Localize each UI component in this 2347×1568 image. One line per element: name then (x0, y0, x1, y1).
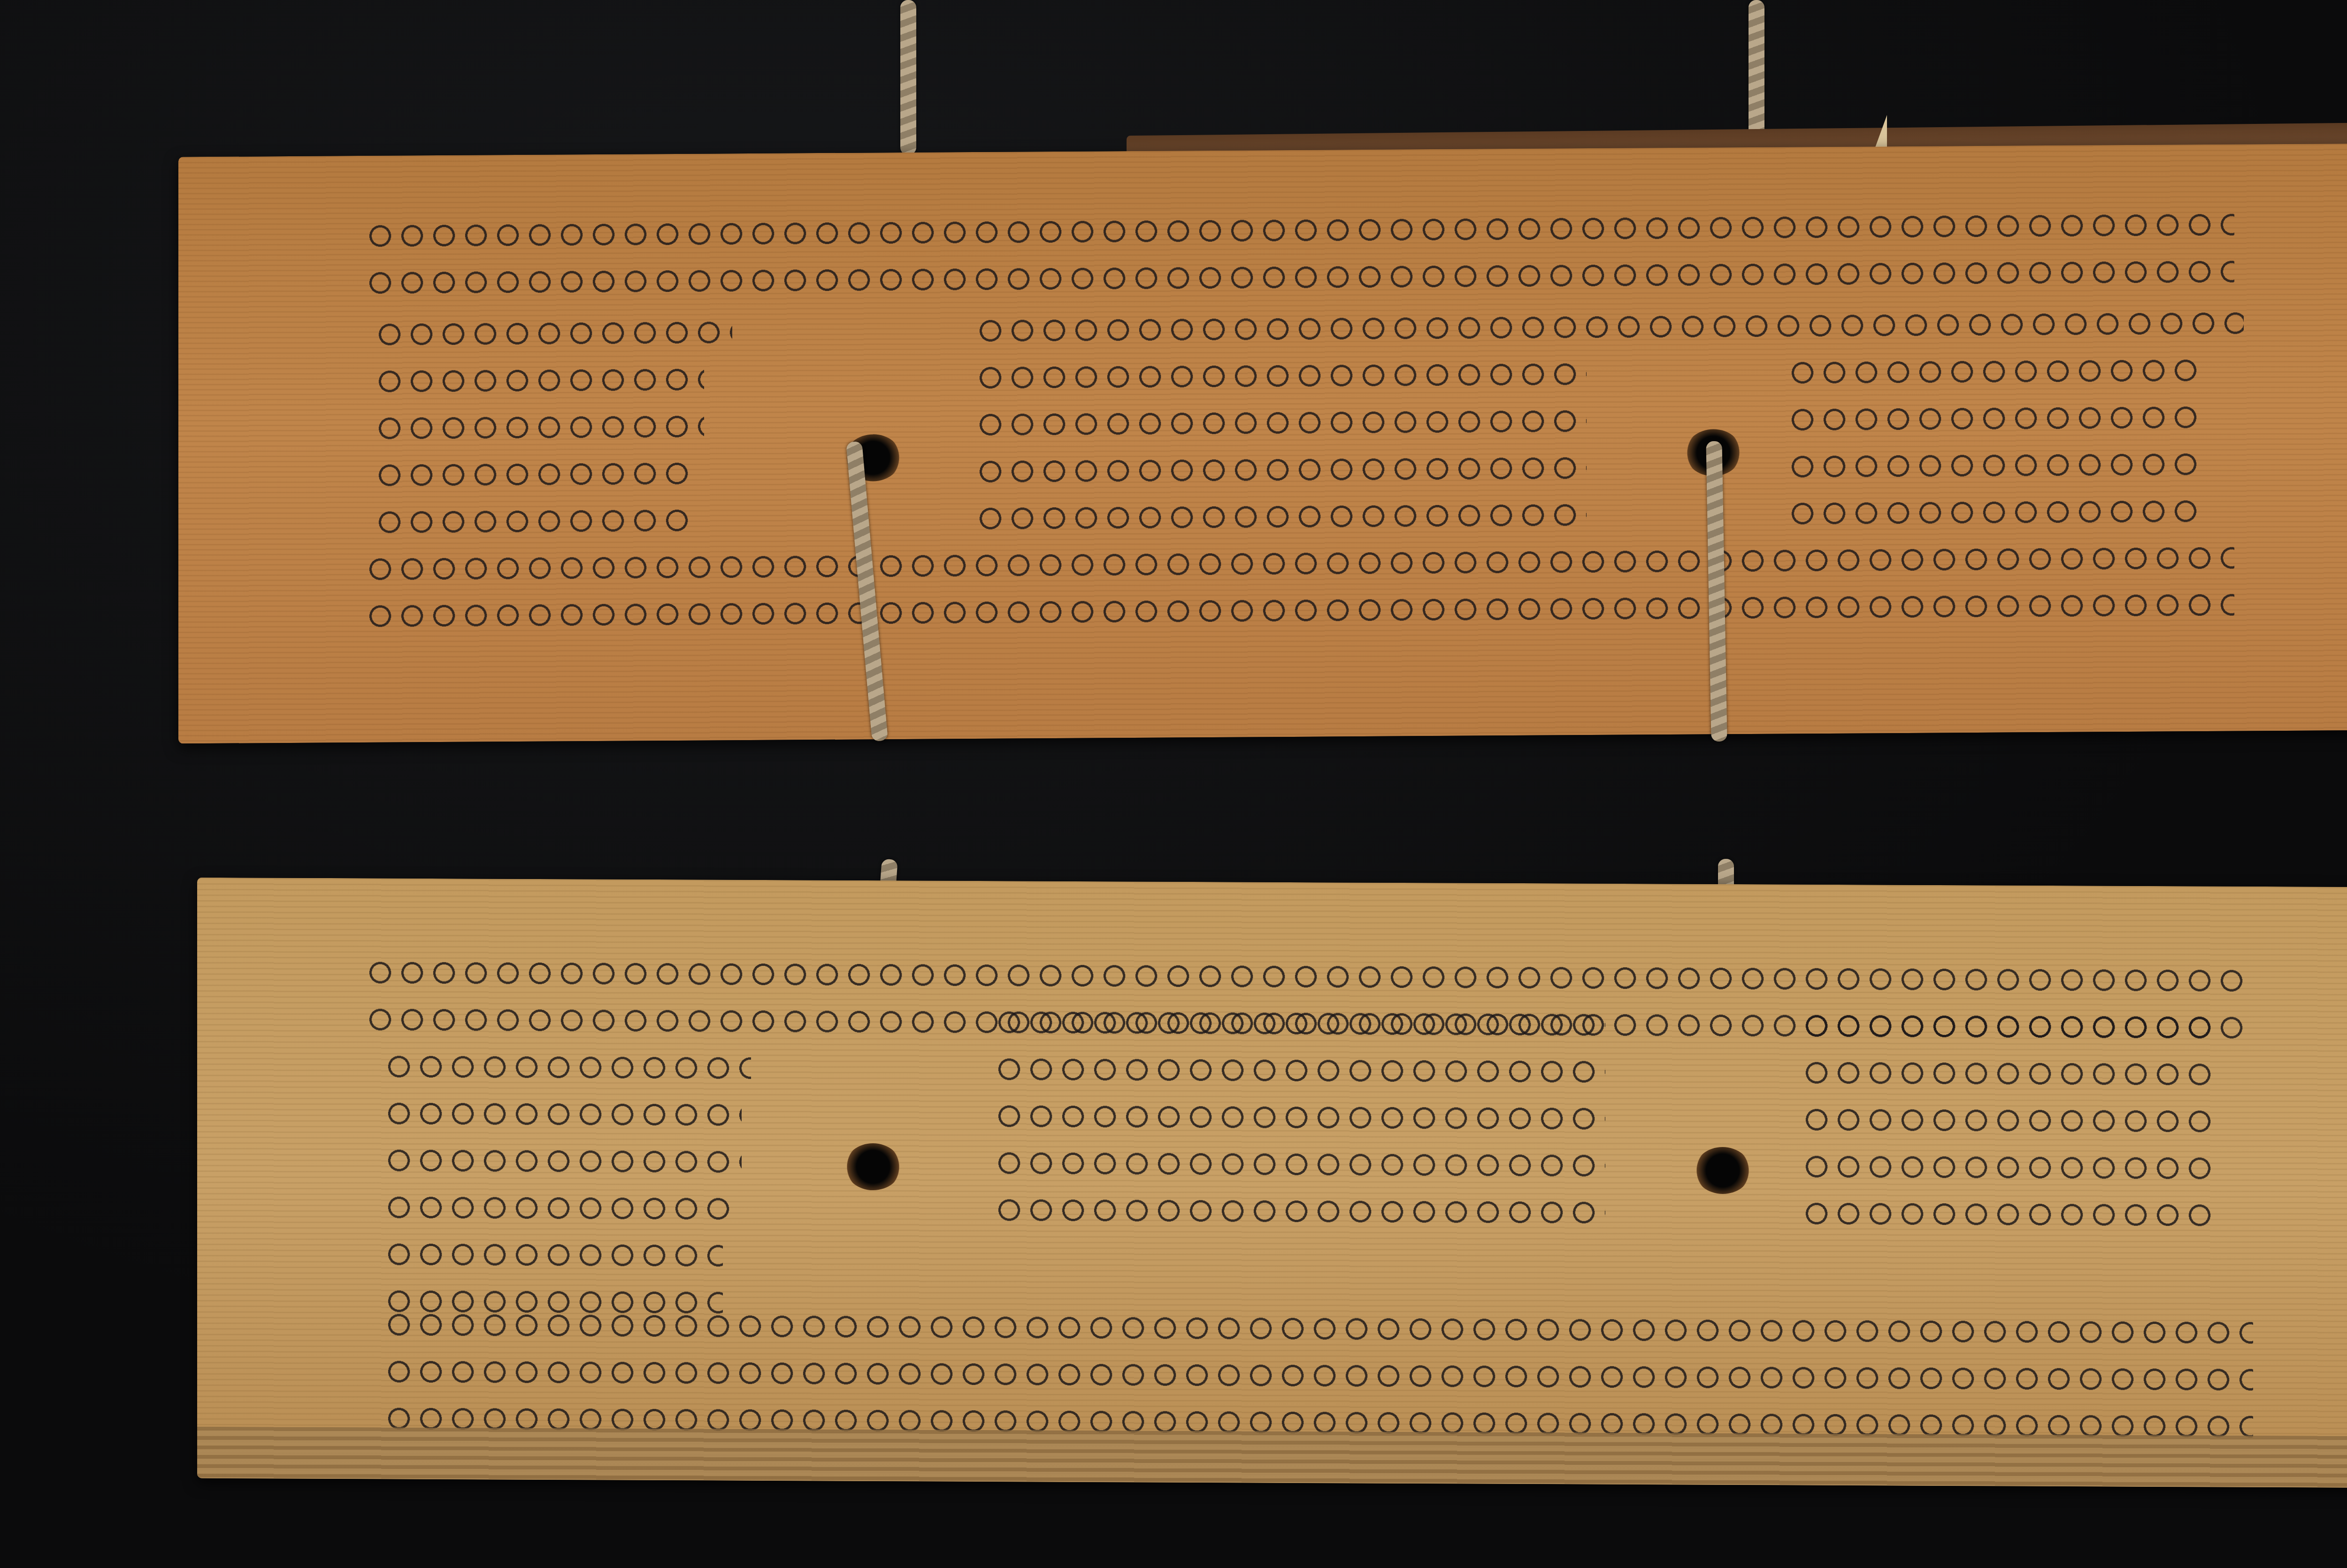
manuscript-text-column-left (376, 308, 732, 545)
manuscript-text-column-right (1802, 1002, 2216, 1239)
binding-hole-left (845, 1143, 901, 1191)
manuscript-text-full-lines-top (366, 201, 2234, 306)
palm-leaf-top (178, 144, 2347, 744)
binding-string-right-upper (1749, 0, 1764, 141)
stacked-leaves-edge (197, 1427, 2347, 1488)
palm-leaf-bottom (197, 878, 2347, 1488)
manuscript-text-column-right (1788, 346, 2201, 536)
manuscript-text-full-lines-bottom (366, 534, 2234, 639)
binding-string-left-upper (900, 0, 916, 155)
manuscript-text-column-middle (995, 998, 1605, 1236)
binding-hole-right (1695, 1147, 1751, 1194)
manuscript-text-full-lines-bottom (385, 1301, 2253, 1450)
manuscript-text-column-left (385, 1043, 751, 1326)
